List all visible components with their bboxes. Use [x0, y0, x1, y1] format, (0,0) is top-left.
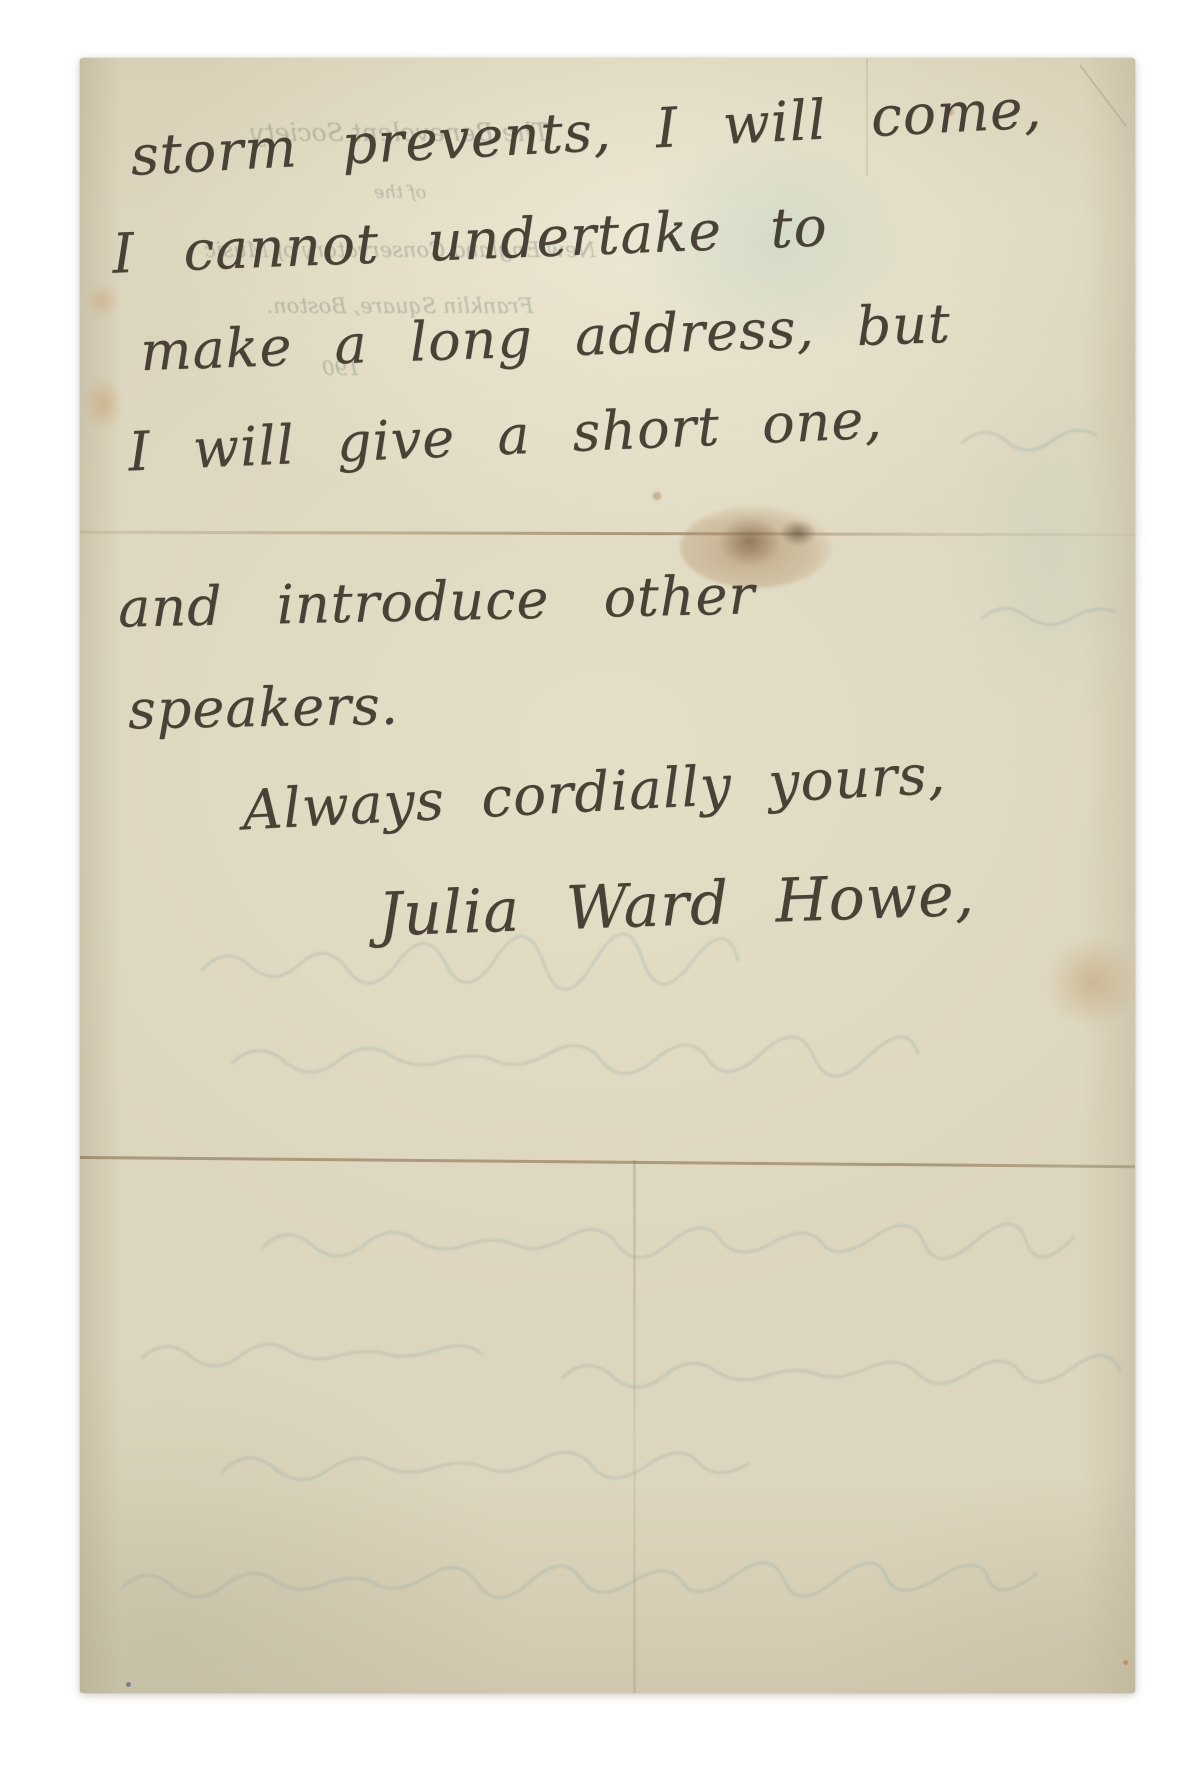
bleedthrough-stroke — [122, 1563, 1036, 1598]
vertical-crease — [633, 1160, 636, 1693]
bleedthrough-stroke — [562, 1355, 1120, 1387]
bleedthrough-stroke — [262, 1224, 1074, 1259]
bleedthrough-stroke — [142, 1344, 482, 1366]
bleedthrough-stroke — [232, 1037, 918, 1076]
letter-paper: The Benevolent Society of the New Englan… — [80, 58, 1135, 1693]
bleedthrough-stroke — [962, 430, 1096, 450]
handwriting-line: and introduce other — [117, 563, 755, 639]
bleedthrough-stroke — [982, 608, 1116, 624]
photo-scene: The Benevolent Society of the New Englan… — [0, 0, 1200, 1773]
bleedthrough-stroke — [222, 1452, 748, 1479]
handwriting-line: speakers. — [127, 674, 399, 742]
